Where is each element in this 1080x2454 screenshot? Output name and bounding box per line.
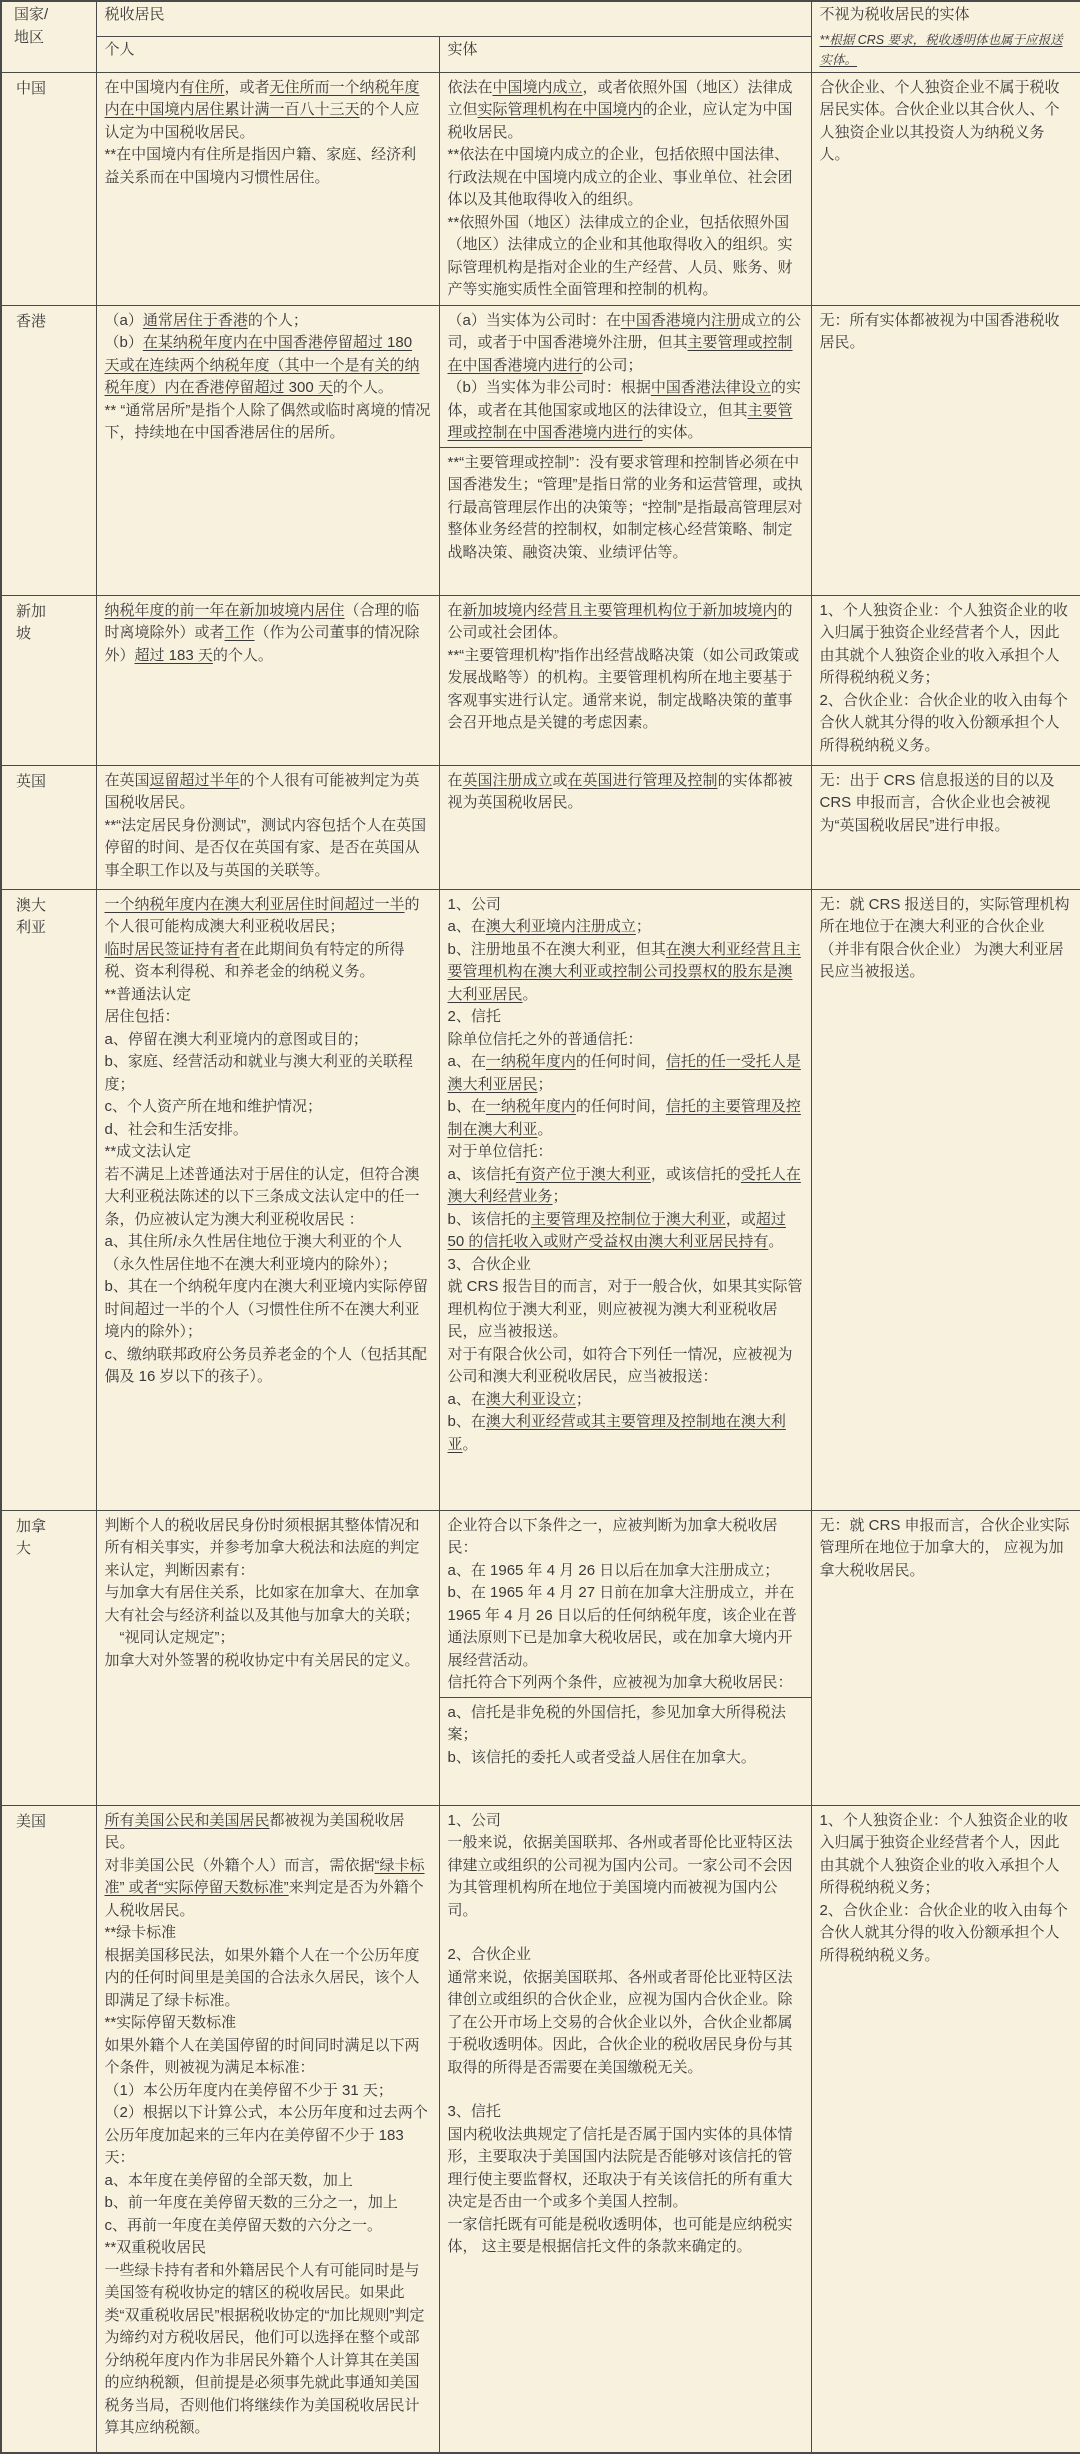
paragraph: a、在澳大利亚境内注册成立； [448, 916, 803, 939]
paragraph: 无：就 CRS 申报而言，合伙企业实际管理所在地位于加拿大的， 应视为加拿大税收… [820, 1515, 1073, 1583]
paragraph: 根据美国移民法，如果外籍个人在一个公历年度内的任何时间里是美国的合法永久居民，该… [105, 1945, 431, 2013]
paragraph: a、停留在澳大利亚境内的意图或目的； [105, 1029, 431, 1052]
paragraph: 对于单位信托： [448, 1141, 803, 1164]
cell-section: 合伙企业、个人独资企业不属于税收居民实体。合伙企业以其合伙人、个人独资企业以其投… [812, 73, 1080, 169]
cell-not-resident: 无：出于 CRS 信息报送的目的以及 CRS 申报而言，合伙企业也会被视为“英国… [811, 765, 1080, 889]
cell-section: 纳税年度的前一年在新加坡境内居住（合理的临时离境除外）或者工作（作为公司董事的情… [97, 596, 439, 670]
header-row-1: 国家/地区 税收居民 不视为税收居民的实体 **根据 CRS 要求，税收透明体也… [1, 1, 1080, 37]
cell-section: 1、个人独资企业：个人独资企业的收入归属于独资企业经营者个人，因此由其就个人独资… [812, 596, 1080, 760]
paragraph: **在中国境内有住所是指因户籍、家庭、经济利益关系而在中国境内习惯性居住。 [105, 144, 431, 189]
cell-not-resident: 1、个人独资企业：个人独资企业的收入归属于独资企业经营者个人，因此由其就个人独资… [811, 595, 1080, 765]
paragraph: 3、信托 [448, 2101, 803, 2124]
paragraph: a、信托是非免税的外国信托，参见加拿大所得税法案； [448, 1702, 803, 1747]
paragraph: 1、公司 [448, 1810, 803, 1833]
cell-entity: 在英国注册成立或在英国进行管理及控制的实体都被视为英国税收居民。 [439, 765, 811, 889]
paragraph: （b）在某纳税年度内在中国香港停留超过 180 天或在连续两个纳税年度（其中一个… [105, 332, 431, 400]
cell-section: 1、个人独资企业：个人独资企业的收入归属于独资企业经营者个人，因此由其就个人独资… [812, 1806, 1080, 1970]
paragraph: a、在 1965 年 4 月 26 日以后在加拿大注册成立； [448, 1560, 803, 1583]
paragraph: 合伙企业、个人独资企业不属于税收居民实体。合伙企业以其合伙人、个人独资企业以其投… [820, 77, 1073, 167]
paragraph: b、在澳大利亚经营或其主要管理及控制地在澳大利亚。 [448, 1411, 803, 1456]
table-row: 美国所有美国公民和美国居民都被视为美国税收居民。对非美国公民（外籍个人）而言，需… [1, 1805, 1080, 2453]
paragraph: **依法在中国境内成立的企业，包括依照中国法律、行政法规在中国境内成立的企业、事… [448, 144, 803, 212]
paragraph: （a）通常居住于香港的个人； [105, 310, 431, 333]
paragraph: **“主要管理机构”指作出经营战略决策（如公司政策或发展战略等）的机构。主要管理… [448, 645, 803, 735]
paragraph: 一般来说，依据美国联邦、各州或者哥伦比亚特区法律建立或组织的公司视为国内公司。一… [448, 1832, 803, 1922]
paragraph: **依照外国（地区）法律成立的企业，包括依照外国（地区）法律成立的企业和其他取得… [448, 212, 803, 302]
cell-section: 在中国境内有住所，或者无住所而一个纳税年度内在中国境内居住累计满一百八十三天的个… [97, 73, 439, 192]
cell-section: 无：所有实体都被视为中国香港税收居民。 [812, 306, 1080, 357]
cell-individual: 所有美国公民和美国居民都被视为美国税收居民。对非美国公民（外籍个人）而言，需依据… [96, 1805, 439, 2453]
cell-section: 在英国注册成立或在英国进行管理及控制的实体都被视为英国税收居民。 [440, 766, 811, 817]
cell-entity: （a）当实体为公司时：在中国香港境内注册成立的公司，或者于中国香港境外注册，但其… [439, 305, 811, 595]
header-not-resident-note: **根据 CRS 要求，税收透明体也属于应报送实体。 [820, 30, 1073, 70]
paragraph: b、前一年度在美停留天数的三分之一，加上 [105, 2192, 431, 2215]
paragraph: c、再前一年度在美停留天数的六分之一。 [105, 2215, 431, 2238]
paragraph: 与加拿大有居住关系，比如家在加拿大、在加拿大有社会与经济利益以及其他与加拿大的关… [105, 1582, 431, 1627]
paragraph: **“主要管理或控制”：没有要求管理和控制皆必须在中国香港发生；“管理”是指日常… [448, 452, 803, 565]
paragraph: 判断个人的税收居民身份时须根据其整体情况和所有相关事实，并参考加拿大税法和法庭的… [105, 1515, 431, 1583]
cell-not-resident: 1、个人独资企业：个人独资企业的收入归属于独资企业经营者个人，因此由其就个人独资… [811, 1805, 1080, 2453]
table-row: 英国在英国逗留超过半年的个人很有可能被判定为英国税收居民。**“法定居民身份测试… [1, 765, 1080, 889]
paragraph: 纳税年度的前一年在新加坡境内居住（合理的临时离境除外）或者工作（作为公司董事的情… [105, 600, 431, 668]
paragraph: 1、公司 [448, 894, 803, 917]
paragraph: **绿卡标准 [105, 1922, 431, 1945]
country-label: 澳大利亚 [1, 889, 96, 1510]
country-label: 加拿大 [1, 1510, 96, 1805]
paragraph: **“法定居民身份测试”，测试内容包括个人在英国停留的时间、是否仅在英国有家、是… [105, 815, 431, 883]
paragraph: ** “通常居所”是指个人除了偶然或临时离境的情况下，持续地在中国香港居住的居所… [105, 400, 431, 445]
paragraph: b、在 1965 年 4 月 27 日前在加拿大注册成立，并在 1965 年 4… [448, 1582, 803, 1672]
paragraph: b、其在一个纳税年度内在澳大利亚境内实际停留时间超过一半的个人（习惯性住所不在澳… [105, 1276, 431, 1344]
paragraph: （b）当实体为非公司时：根据中国香港法律设立的实体，或者在其他国家或地区的法律设… [448, 377, 803, 445]
paragraph: b、家庭、经营活动和就业与澳大利亚的关联程度； [105, 1051, 431, 1096]
paragraph: 如果外籍个人在美国停留的时间同时满足以下两个条件，则被视为满足本标准： [105, 2035, 431, 2080]
paragraph: b、该信托的委托人或者受益人居住在加拿大。 [448, 1747, 803, 1770]
paragraph: **普通法认定 [105, 984, 431, 1007]
country-label: 英国 [1, 765, 96, 889]
table-row: 加拿大判断个人的税收居民身份时须根据其整体情况和所有相关事实，并参考加拿大税法和… [1, 1510, 1080, 1805]
paragraph: 通常来说，依据美国联邦、各州或者哥伦比亚特区法律创立或组织的合伙企业，应视为国内… [448, 1967, 803, 2080]
tax-residency-table: 国家/地区 税收居民 不视为税收居民的实体 **根据 CRS 要求，税收透明体也… [0, 0, 1080, 2454]
paragraph: 依法在中国境内成立，或者依照外国（地区）法律成立但实际管理机构在中国境内的企业，… [448, 77, 803, 145]
paragraph: 无：出于 CRS 信息报送的目的以及 CRS 申报而言，合伙企业也会被视为“英国… [820, 770, 1073, 838]
paragraph: 除单位信托之外的普通信托： [448, 1029, 803, 1052]
header-not-resident: 不视为税收居民的实体 **根据 CRS 要求，税收透明体也属于应报送实体。 [811, 1, 1080, 72]
cell-not-resident: 合伙企业、个人独资企业不属于税收居民实体。合伙企业以其合伙人、个人独资企业以其投… [811, 72, 1080, 305]
cell-section: 所有美国公民和美国居民都被视为美国税收居民。对非美国公民（外籍个人）而言，需依据… [97, 1806, 439, 2442]
header-tax-resident: 税收居民 [96, 1, 811, 37]
paragraph: 国内税收法典规定了信托是否属于国内实体的具体情形，主要取决于美国国内法院是否能够… [448, 2124, 803, 2214]
paragraph: a、其住所/永久性居住地位于澳大利亚的个人（永久性居住地不在澳大利亚境内的除外）… [105, 1231, 431, 1276]
paragraph: 在新加坡境内经营且主要管理机构位于新加坡境内的公司或社会团体。 [448, 600, 803, 645]
header-country-region: 国家/地区 [1, 1, 96, 72]
paragraph: a、本年度在美停留的全部天数，加上 [105, 2170, 431, 2193]
cell-individual: 在英国逗留超过半年的个人很有可能被判定为英国税收居民。**“法定居民身份测试”，… [96, 765, 439, 889]
paragraph: 1、个人独资企业：个人独资企业的收入归属于独资企业经营者个人，因此由其就个人独资… [820, 1810, 1073, 1900]
paragraph [448, 1922, 803, 1944]
table-row: 新加坡纳税年度的前一年在新加坡境内居住（合理的临时离境除外）或者工作（作为公司董… [1, 595, 1080, 765]
cell-entity: 依法在中国境内成立，或者依照外国（地区）法律成立但实际管理机构在中国境内的企业，… [439, 72, 811, 305]
country-label: 新加坡 [1, 595, 96, 765]
paragraph: b、注册地虽不在澳大利亚，但其在澳大利亚经营且主要管理机构在澳大利亚或控制公司投… [448, 939, 803, 1007]
paragraph: **双重税收居民 [105, 2237, 431, 2260]
paragraph: b、该信托的主要管理及控制位于澳大利亚，或超过 50 的信托收入或财产受益权由澳… [448, 1209, 803, 1254]
paragraph: 1、个人独资企业：个人独资企业的收入归属于独资企业经营者个人，因此由其就个人独资… [820, 600, 1073, 690]
paragraph: 加拿大对外签署的税收协定中有关居民的定义。 [105, 1650, 431, 1673]
table-row: 澳大利亚一个纳税年度内在澳大利亚居住时间超过一半的个人很可能构成澳大利亚税收居民… [1, 889, 1080, 1510]
cell-individual: 判断个人的税收居民身份时须根据其整体情况和所有相关事实，并参考加拿大税法和法庭的… [96, 1510, 439, 1805]
cell-individual: 一个纳税年度内在澳大利亚居住时间超过一半的个人很可能构成澳大利亚税收居民；临时居… [96, 889, 439, 1510]
cell-section: 无：就 CRS 报送目的，实际管理机构所在地位于在澳大利亚的合伙企业（并非有限合… [812, 890, 1080, 986]
paragraph: 企业符合以下条件之一，应被判断为加拿大税收居民： [448, 1515, 803, 1560]
cell-section: 无：出于 CRS 信息报送的目的以及 CRS 申报而言，合伙企业也会被视为“英国… [812, 766, 1080, 840]
paragraph: **成文法认定 [105, 1141, 431, 1164]
cell-individual: （a）通常居住于香港的个人；（b）在某纳税年度内在中国香港停留超过 180 天或… [96, 305, 439, 595]
cell-section: 1、公司a、在澳大利亚境内注册成立；b、注册地虽不在澳大利亚，但其在澳大利亚经营… [440, 890, 811, 1459]
paragraph: 在英国逗留超过半年的个人很有可能被判定为英国税收居民。 [105, 770, 431, 815]
cell-entity: 1、公司一般来说，依据美国联邦、各州或者哥伦比亚特区法律建立或组织的公司视为国内… [439, 1805, 811, 2453]
cell-individual: 纳税年度的前一年在新加坡境内居住（合理的临时离境除外）或者工作（作为公司董事的情… [96, 595, 439, 765]
cell-entity: 在新加坡境内经营且主要管理机构位于新加坡境内的公司或社会团体。**“主要管理机构… [439, 595, 811, 765]
cell-individual: 在中国境内有住所，或者无住所而一个纳税年度内在中国境内居住累计满一百八十三天的个… [96, 72, 439, 305]
paragraph: 一些绿卡持有者和外籍居民个人有可能同时是与美国签有税收协定的辖区的税收居民。如果… [105, 2260, 431, 2440]
paragraph: 信托符合下列两个条件，应被视为加拿大税收居民： [448, 1672, 803, 1695]
cell-section: 企业符合以下条件之一，应被判断为加拿大税收居民：a、在 1965 年 4 月 2… [440, 1511, 811, 1697]
paragraph [448, 2079, 803, 2101]
table-body: 中国在中国境内有住所，或者无住所而一个纳税年度内在中国境内居住累计满一百八十三天… [1, 72, 1080, 2453]
cell-entity: 企业符合以下条件之一，应被判断为加拿大税收居民：a、在 1965 年 4 月 2… [439, 1510, 811, 1805]
cell-section: 在英国逗留超过半年的个人很有可能被判定为英国税收居民。**“法定居民身份测试”，… [97, 766, 439, 885]
table-row: 香港（a）通常居住于香港的个人；（b）在某纳税年度内在中国香港停留超过 180 … [1, 305, 1080, 595]
paragraph: 无：就 CRS 报送目的，实际管理机构所在地位于在澳大利亚的合伙企业（并非有限合… [820, 894, 1073, 984]
cell-section: （a）当实体为公司时：在中国香港境内注册成立的公司，或者于中国香港境外注册，但其… [440, 306, 811, 447]
cell-not-resident: 无：所有实体都被视为中国香港税收居民。 [811, 305, 1080, 595]
paragraph: （2）根据以下计算公式，本公历年度和过去两个公历年度加起来的三年内在美停留不少于… [105, 2102, 431, 2170]
paragraph: 在中国境内有住所，或者无住所而一个纳税年度内在中国境内居住累计满一百八十三天的个… [105, 77, 431, 145]
country-label: 中国 [1, 72, 96, 305]
cell-section: 依法在中国境内成立，或者依照外国（地区）法律成立但实际管理机构在中国境内的企业，… [440, 73, 811, 304]
paragraph: “视同认定规定”； [105, 1627, 431, 1650]
cell-entity: 1、公司a、在澳大利亚境内注册成立；b、注册地虽不在澳大利亚，但其在澳大利亚经营… [439, 889, 811, 1510]
country-label: 香港 [1, 305, 96, 595]
paragraph: 无：所有实体都被视为中国香港税收居民。 [820, 310, 1073, 355]
paragraph: 一家信托既有可能是税收透明体，也可能是应纳税实体， 这主要是根据信托文件的条款来… [448, 2214, 803, 2259]
paragraph: 2、信托 [448, 1006, 803, 1029]
cell-section: 无：就 CRS 申报而言，合伙企业实际管理所在地位于加拿大的， 应视为加拿大税收… [812, 1511, 1080, 1585]
cell-section: 判断个人的税收居民身份时须根据其整体情况和所有相关事实，并参考加拿大税法和法庭的… [97, 1511, 439, 1675]
paragraph: 在英国注册成立或在英国进行管理及控制的实体都被视为英国税收居民。 [448, 770, 803, 815]
paragraph: 2、合伙企业：合伙企业的收入由每个合伙人就其分得的收入份额承担个人所得税纳税义务… [820, 690, 1073, 758]
cell-not-resident: 无：就 CRS 报送目的，实际管理机构所在地位于在澳大利亚的合伙企业（并非有限合… [811, 889, 1080, 1510]
cell-section: 一个纳税年度内在澳大利亚居住时间超过一半的个人很可能构成澳大利亚税收居民；临时居… [97, 890, 439, 1391]
cell-section: a、信托是非免税的外国信托，参见加拿大所得税法案；b、该信托的委托人或者受益人居… [440, 1697, 811, 1772]
paragraph: 居住包括： [105, 1006, 431, 1029]
paragraph: d、社会和生活安排。 [105, 1119, 431, 1142]
paragraph: （1）本公历年度内在美停留不少于 31 天； [105, 2080, 431, 2103]
paragraph: a、在澳大利亚设立； [448, 1389, 803, 1412]
paragraph: （a）当实体为公司时：在中国香港境内注册成立的公司，或者于中国香港境外注册，但其… [448, 310, 803, 378]
paragraph: 就 CRS 报告目的而言，对于一般合伙，如果其实际管理机构位于澳大利亚，则应被视… [448, 1276, 803, 1344]
paragraph: 对非美国公民（外籍个人）而言，需依据“绿卡标准” 或者“实际停留天数标准”来判定… [105, 1855, 431, 1923]
paragraph: 3、合伙企业 [448, 1254, 803, 1277]
table-row: 中国在中国境内有住所，或者无住所而一个纳税年度内在中国境内居住累计满一百八十三天… [1, 72, 1080, 305]
paragraph: b、在一纳税年度内的任何时间，信托的主要管理及控制在澳大利亚。 [448, 1096, 803, 1141]
paragraph: c、个人资产所在地和维护情况； [105, 1096, 431, 1119]
cell-section: **“主要管理或控制”：没有要求管理和控制皆必须在中国香港发生；“管理”是指日常… [440, 447, 811, 567]
cell-section: （a）通常居住于香港的个人；（b）在某纳税年度内在中国香港停留超过 180 天或… [97, 306, 439, 447]
paragraph: 一个纳税年度内在澳大利亚居住时间超过一半的个人很可能构成澳大利亚税收居民； [105, 894, 431, 939]
paragraph: 若不满足上述普通法对于居住的认定，但符合澳大利亚税法陈述的以下三条成文法认定中的… [105, 1164, 431, 1232]
paragraph: 2、合伙企业：合伙企业的收入由每个合伙人就其分得的收入份额承担个人所得税纳税义务… [820, 1900, 1073, 1968]
cell-not-resident: 无：就 CRS 申报而言，合伙企业实际管理所在地位于加拿大的， 应视为加拿大税收… [811, 1510, 1080, 1805]
country-label: 美国 [1, 1805, 96, 2453]
paragraph: 所有美国公民和美国居民都被视为美国税收居民。 [105, 1810, 431, 1855]
paragraph: a、该信托有资产位于澳大利亚，或该信托的受托人在澳大利经营业务； [448, 1164, 803, 1209]
cell-section: 1、公司一般来说，依据美国联邦、各州或者哥伦比亚特区法律建立或组织的公司视为国内… [440, 1806, 811, 2261]
paragraph: 临时居民签证持有者在此期间负有特定的所得税、资本利得税、和养老金的纳税义务。 [105, 939, 431, 984]
paragraph: c、缴纳联邦政府公务员养老金的个人（包括其配偶及 16 岁以下的孩子）。 [105, 1344, 431, 1389]
header-individual: 个人 [96, 37, 439, 72]
paragraph: a、在一纳税年度内的任何时间，信托的任一受托人是澳大利亚居民； [448, 1051, 803, 1096]
header-entity: 实体 [439, 37, 811, 72]
paragraph: 2、合伙企业 [448, 1944, 803, 1967]
paragraph: **实际停留天数标准 [105, 2012, 431, 2035]
header-not-resident-title: 不视为税收居民的实体 [820, 4, 1073, 27]
paragraph: 对于有限合伙公司，如符合下列任一情况，应被视为公司和澳大利亚税收居民，应当被报送… [448, 1344, 803, 1389]
cell-section: 在新加坡境内经营且主要管理机构位于新加坡境内的公司或社会团体。**“主要管理机构… [440, 596, 811, 737]
